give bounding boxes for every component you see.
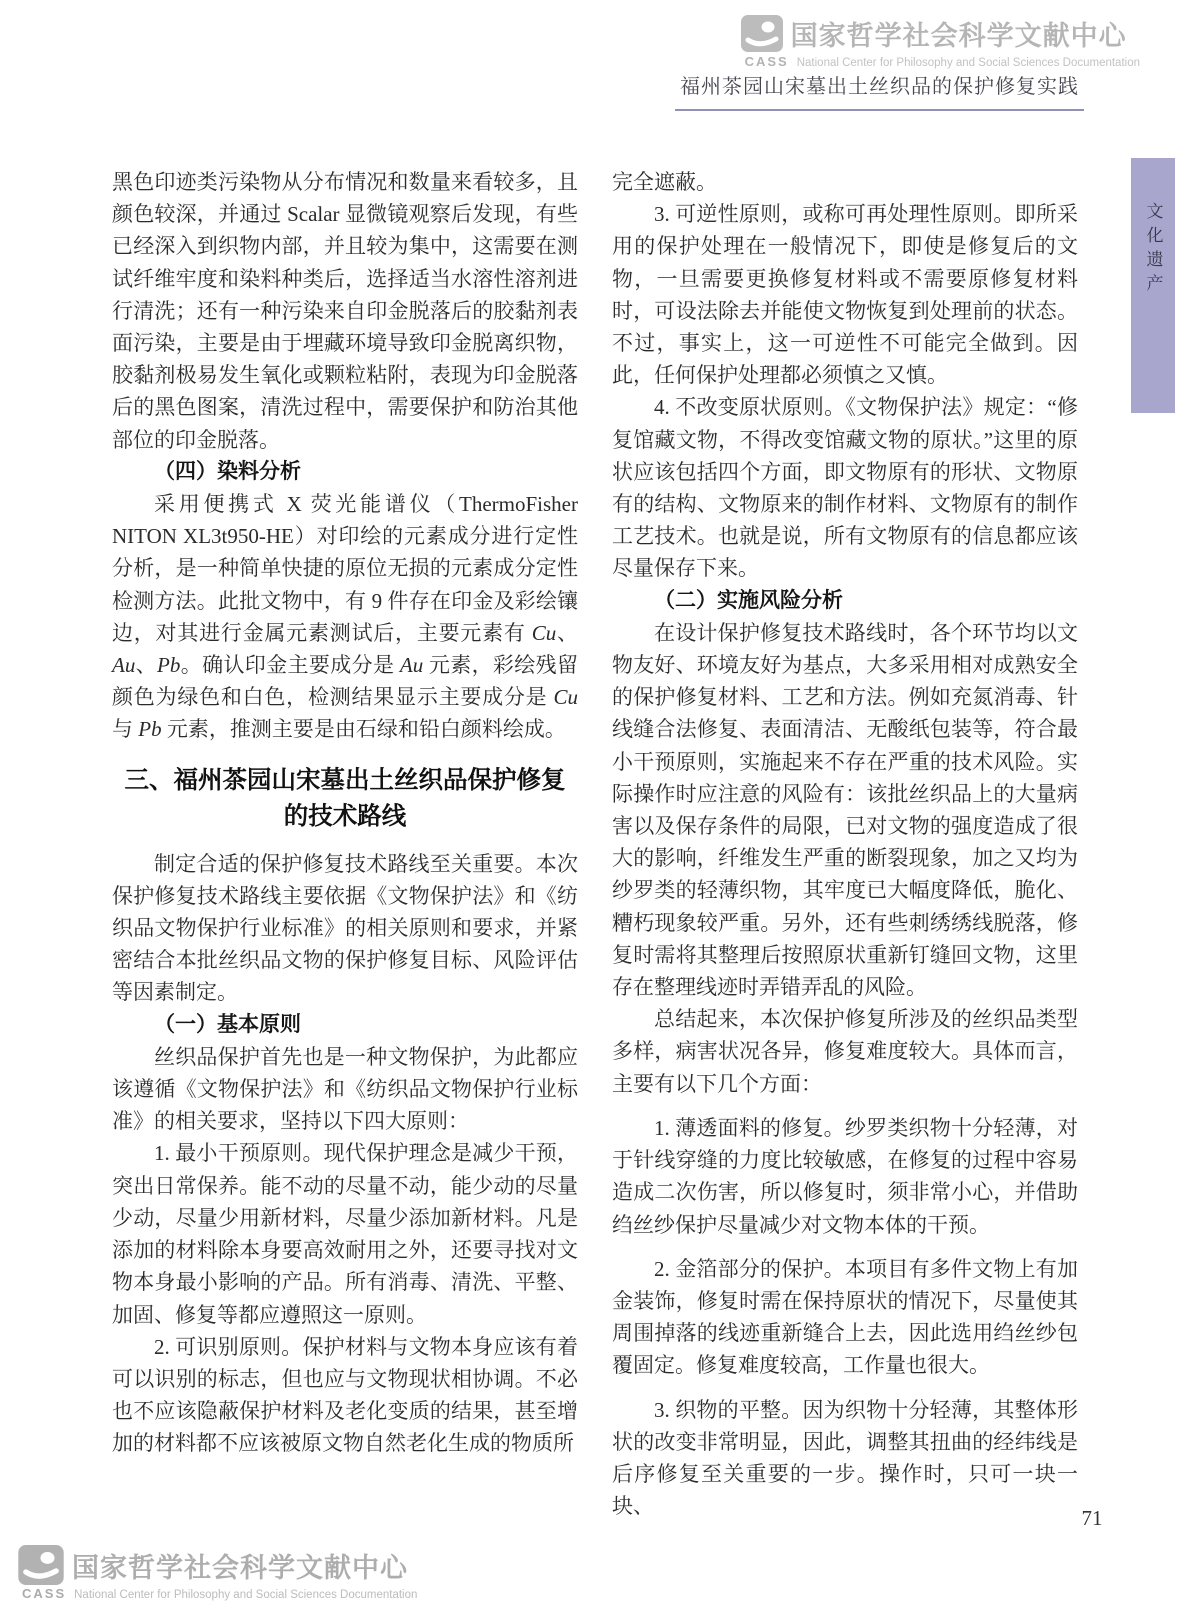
paragraph-item-2: 2. 金箔部分的保护。本项目有多件文物上有加金装饰，修复时需在保持原状的情况下，… <box>612 1253 1078 1382</box>
element-symbol: Cu <box>532 621 557 645</box>
page-number: 71 <box>1062 1506 1122 1531</box>
cass-logo-subrow: CASS National Center for Philosophy and … <box>741 54 1140 69</box>
heading-risk-analysis: （二）实施风险分析 <box>612 585 1078 617</box>
cass-logo-title-cn: 国家哲学社会科学文献中心 <box>72 1546 408 1585</box>
element-symbol: Cu <box>553 685 578 709</box>
cass-logo-row: 国家哲学社会科学文献中心 <box>741 14 1140 53</box>
dye-text: 、 <box>556 621 578 645</box>
paragraph-continuation: 完全遮蔽。 <box>612 166 1078 198</box>
heading-dye-analysis: （四）染料分析 <box>112 456 578 488</box>
dye-text: 。确认印金主要成分是 <box>180 653 400 677</box>
paragraph-risk: 在设计保护修复技术路线时，各个环节均以文物友好、环境友好为基点，大多采用相对成熟… <box>612 617 1078 1003</box>
section-title: 三、福州茶园山宋墓出土丝织品保护修复 的技术路线 <box>112 763 578 835</box>
cass-logo-row: 国家哲学社会科学文献中心 <box>18 1545 417 1585</box>
dye-text: 采用便携式 X 荧光能谱仪（ThermoFisher NITON XL3t950… <box>112 492 578 645</box>
paragraph-principle-4: 4. 不改变原状原则。《文物保护法》规定：“修复馆藏文物，不得改变馆藏文物的原状… <box>612 391 1078 584</box>
paragraph-route-intro: 制定合适的保护修复技术路线至关重要。本次保护修复技术路线主要依据《文物保护法》和… <box>112 848 578 1009</box>
paragraph-principle-1: 1. 最小干预原则。现代保护理念是减少干预，突出日常保养。能不动的尽量不动，能少… <box>112 1137 578 1330</box>
running-header: 福州茶园山宋墓出土丝织品的保护修复实践 <box>675 70 1084 111</box>
paragraph-principle-3: 3. 可逆性原则，或称可再处理性原则。即所采用的保护处理在一般情况下，即使是修复… <box>612 198 1078 391</box>
running-title: 福州茶园山宋墓出土丝织品的保护修复实践 <box>675 70 1084 111</box>
heading-basic-principles: （一）基本原则 <box>112 1009 578 1041</box>
cass-watermark-bottom: 国家哲学社会科学文献中心 CASS National Center for Ph… <box>18 1545 417 1601</box>
paragraph-dye-analysis: 采用便携式 X 荧光能谱仪（ThermoFisher NITON XL3t950… <box>112 488 578 746</box>
paragraph-principle-2: 2. 可识别原则。保护材料与文物本身应该有着可以识别的标志，但也应与文物现状相协… <box>112 1331 578 1460</box>
paragraph-item-1: 1. 薄透面料的修复。纱罗类织物十分轻薄，对于针线穿缝的力度比较敏感，在修复的过… <box>612 1112 1078 1241</box>
cass-abbr: CASS <box>745 54 789 69</box>
section-tab-cultural-heritage: 文化遗产 <box>1131 158 1175 413</box>
element-symbol: Pb <box>157 653 180 677</box>
paragraph-principles-intro: 丝织品保护首先也是一种文物保护，为此都应该遵循《文物保护法》和《纺织品文物保护行… <box>112 1041 578 1138</box>
right-column: 完全遮蔽。 3. 可逆性原则，或称可再处理性原则。即所采用的保护处理在一般情况下… <box>612 166 1078 1522</box>
paragraph-item-3: 3. 织物的平整。因为织物十分轻薄，其整体形状的改变非常明显，因此，调整其扭曲的… <box>612 1394 1078 1523</box>
element-symbol: Au <box>400 653 423 677</box>
cass-watermark-top: 国家哲学社会科学文献中心 CASS National Center for Ph… <box>741 14 1140 69</box>
paragraph-contaminants: 黑色印迹类污染物从分布情况和数量来看较多，且颜色较深，并通过 Scalar 显微… <box>112 166 578 456</box>
section-title-line1: 三、福州茶园山宋墓出土丝织品保护修复 <box>112 763 578 799</box>
cass-logo-subrow: CASS National Center for Philosophy and … <box>18 1586 417 1601</box>
section-tab-label: 文化遗产 <box>1141 158 1166 413</box>
section-title-line2: 的技术路线 <box>112 799 578 835</box>
element-symbol: Pb <box>138 717 161 741</box>
cass-abbr: CASS <box>22 1586 66 1601</box>
paragraph-summary: 总结起来，本次保护修复所涉及的丝织品类型多样，病害状况各异，修复难度较大。具体而… <box>612 1003 1078 1100</box>
cass-logo-title-en: National Center for Philosophy and Socia… <box>797 57 1140 69</box>
cass-logo-icon <box>18 1545 64 1585</box>
left-column: 黑色印迹类污染物从分布情况和数量来看较多，且颜色较深，并通过 Scalar 显微… <box>112 166 578 1460</box>
dye-text: 与 <box>112 717 138 741</box>
element-symbol: Au <box>112 653 135 677</box>
dye-text: 元素，推测主要是由石绿和铅白颜料绘成。 <box>162 717 566 741</box>
cass-logo-title-en: National Center for Philosophy and Socia… <box>74 1589 417 1601</box>
dye-text: 、 <box>135 653 157 677</box>
cass-logo-title-cn: 国家哲学社会科学文献中心 <box>791 14 1127 53</box>
cass-logo-icon <box>741 15 783 52</box>
